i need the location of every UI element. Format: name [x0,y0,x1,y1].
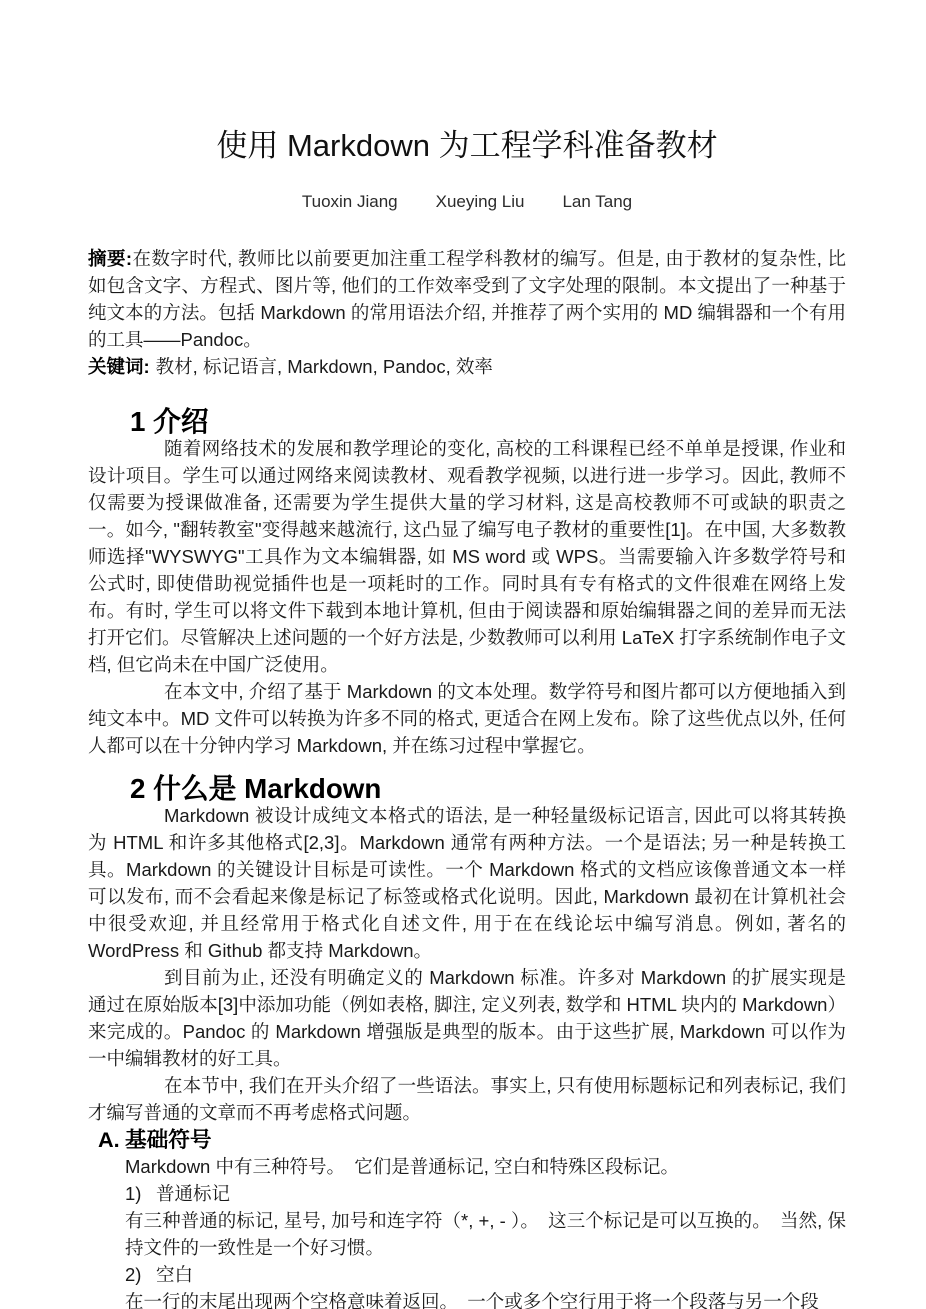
list-item-heading: 1)普通标记 [125,1180,846,1207]
abstract-text: 在数字时代, 教师比以前要更加注重工程学科教材的编写。但是, 由于教材的复杂性,… [88,248,846,350]
subsection-intro: Markdown 中有三种符号。 它们是普通标记, 空白和特殊区段标记。 [125,1153,846,1180]
paragraph: 到目前为止, 还没有明确定义的 Markdown 标准。许多对 Markdown… [88,964,846,1072]
keywords-line: 关键词:教材, 标记语言, Markdown, Pandoc, 效率 [88,353,846,380]
keywords-label: 关键词: [88,356,150,377]
paragraph: 随着网络技术的发展和教学理论的变化, 高校的工科课程已经不单单是授课, 作业和设… [88,435,846,678]
abstract-block: 摘要:在数字时代, 教师比以前要更加注重工程学科教材的编写。但是, 由于教材的复… [88,245,846,380]
author-list: Tuoxin Jiang Xueying Liu Lan Tang [88,188,846,215]
paragraph: 在本节中, 我们在开头介绍了一些语法。事实上, 只有使用标题标记和列表标记, 我… [88,1072,846,1126]
list-item-title: 空白 [156,1264,193,1285]
list-item-number: 2) [125,1261,156,1288]
keywords-text: 教材, 标记语言, Markdown, Pandoc, 效率 [156,356,493,377]
subsection-heading-basic-symbols: A.基础符号 [98,1126,846,1153]
abstract-label: 摘要: [88,248,132,269]
list-item-title: 普通标记 [156,1183,230,1204]
list-item-text: 有三种普通的标记, 星号, 加号和连字符（*, +, - ）。 这三个标记是可以… [125,1207,846,1261]
list-item-number: 1) [125,1180,156,1207]
paragraph: Markdown 被设计成纯文本格式的语法, 是一种轻量级标记语言, 因此可以将… [88,802,846,964]
page-title: 使用 Markdown 为工程学科准备教材 [88,125,846,167]
paragraph: 在本文中, 介绍了基于 Markdown 的文本处理。数学符号和图片都可以方便地… [88,678,846,759]
document-page: 使用 Markdown 为工程学科准备教材 Tuoxin Jiang Xueyi… [0,0,926,1309]
author-name: Xueying Liu [436,188,525,215]
list-item-text: 在一行的末尾出现两个空格意味着返回。 一个或多个空行用于将一个段落与另一个段 [125,1288,846,1309]
subsection-content: Markdown 中有三种符号。 它们是普通标记, 空白和特殊区段标记。 1)普… [125,1153,846,1309]
subsection-label: A. [98,1126,125,1153]
subsection-title: 基础符号 [125,1127,212,1152]
list-item-heading: 2)空白 [125,1261,846,1288]
section-heading-what-is-markdown: 2 什么是 Markdown [130,775,846,802]
author-name: Tuoxin Jiang [302,188,398,215]
abstract-paragraph: 摘要:在数字时代, 教师比以前要更加注重工程学科教材的编写。但是, 由于教材的复… [88,245,846,353]
section-heading-introduction: 1 介绍 [130,408,846,435]
author-name: Lan Tang [562,188,632,215]
